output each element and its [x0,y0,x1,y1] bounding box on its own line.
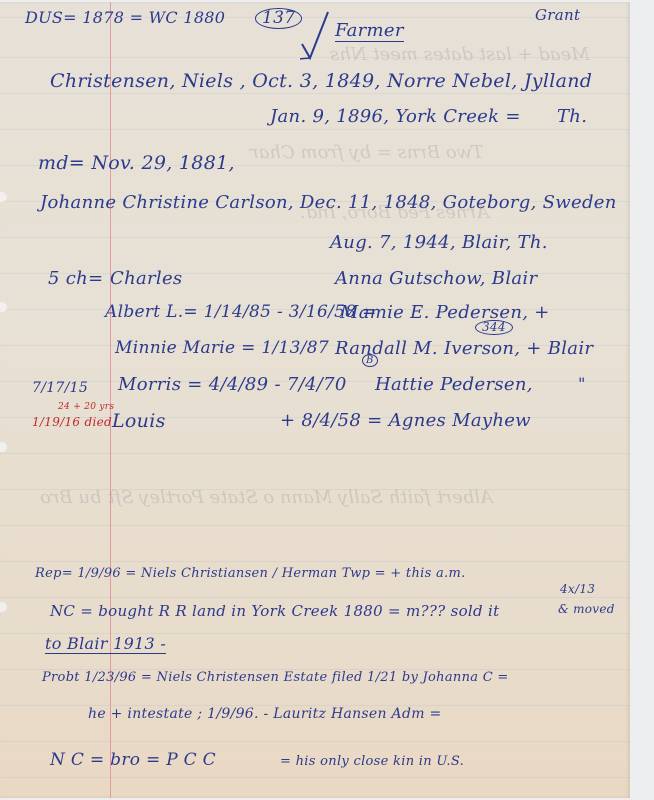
township: Grant [535,6,580,24]
child-name: Albert L.= 1/14/85 - 3/16/58 = [105,302,377,322]
subject-death-suffix: Th. [557,106,587,127]
nc-note: NC = bought R R land in York Creek 1880 … [50,602,499,620]
bleed-through-text: Mead + last dates meet Nhs [330,44,590,65]
child-name: Minnie Marie = 1/13/87 [115,338,329,358]
reference-number: 344 [475,320,513,335]
bleed-through-text: Two Brns = by from Char [250,142,484,163]
child-name: Morris = 4/4/89 - 7/4/70 [118,374,347,395]
occupation-text: Farmer [335,20,404,42]
record-number-circled: 137 [255,8,302,29]
red-note: 1/19/16 died [32,415,112,429]
spouse-line: Johanne Christine Carlson, Dec. 11, 1848… [40,192,617,213]
circled-letter: B [362,354,378,367]
ledger-page: Mead + last dates meet Nhs Two Brns = by… [0,2,630,798]
occupation: Farmer [335,20,404,41]
child-name: Charles [110,268,182,289]
nc-suffix: & moved [558,602,615,616]
child-name: Louis [112,410,166,432]
blair-note: to Blair 1913 - [45,634,166,653]
final-note-left: N C = bro = P C C [50,750,216,770]
intestate-note: he + intestate ; 1/9/96. - Lauritz Hanse… [88,706,442,722]
reference-number-circled: 344 [475,320,513,335]
subject-death-line: Jan. 9, 1896, York Creek = [270,106,521,127]
census-note: DUS= 1878 = WC 1880 [25,8,225,27]
child-spouse: Mamie E. Pedersen, + [340,302,550,323]
spouse-death-line: Aug. 7, 1944, Blair, Th. [330,232,548,253]
ditto-mark: " [578,374,586,393]
check-mark-icon [300,10,330,60]
probate-note: Probt 1/23/96 = Niels Christensen Estate… [42,670,509,685]
nc-superscript: 4x/13 [560,582,595,596]
red-note-top: 24 + 20 yrs [58,402,114,412]
children-count: 5 ch= [48,268,103,289]
child-spouse: Anna Gutschow, Blair [335,268,537,289]
bleed-through-text: Albert faith Sally Mann o State Portley … [40,487,493,508]
circled-letter-text: B [362,354,378,367]
child-spouse: + 8/4/58 = Agnes Mayhew [280,410,531,431]
final-note-right: = his only close kin in U.S. [280,754,464,769]
blair-note-text: to Blair 1913 - [45,634,166,654]
subject-name-line: Christensen, Niels , Oct. 3, 1849, Norre… [50,70,592,92]
rep-note: Rep= 1/9/96 = Niels Christiansen / Herma… [35,566,466,581]
child-left-note: 7/17/15 [32,380,88,396]
child-spouse: Hattie Pedersen, [375,374,533,395]
marriage-date: md= Nov. 29, 1881, [38,152,235,174]
record-number: 137 [255,8,302,29]
